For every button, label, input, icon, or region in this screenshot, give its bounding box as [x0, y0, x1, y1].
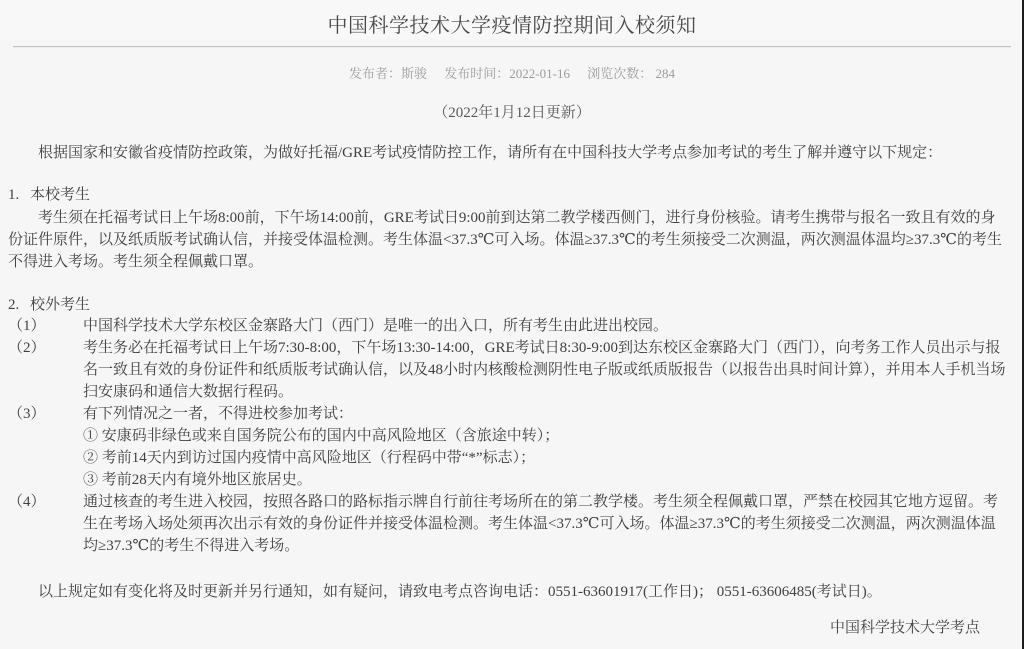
views-value: 284 [655, 66, 675, 81]
section-2-title: 校外考生 [30, 297, 90, 313]
section-1-title: 本校考生 [30, 187, 90, 203]
views-label: 浏览次数： [587, 66, 652, 81]
subitem: ③ 考前28天内有境外地区旅居史。 [83, 469, 1010, 491]
list-item: （4） 通过核查的考生进入校园，按照各路口的路标指示牌自行前往考场所在的第二教学… [8, 491, 1010, 557]
notice-page: 中国科学技术大学疫情防控期间入校须知 发布者：斯骏 发布时间：2022-01-1… [0, 0, 1024, 649]
publish-time-label: 发布时间： [444, 66, 509, 81]
signature: 中国科学技术大学考点 [0, 617, 1024, 639]
section-2-list: （1） 中国科学技术大学东校区金寨路大门（西门）是唯一的出入口，所有考生由此进出… [8, 315, 1010, 557]
update-note: （2022年1月12日更新） [0, 103, 1024, 124]
publisher-field: 发布者：斯骏 [349, 66, 427, 81]
list-item: （1） 中国科学技术大学东校区金寨路大门（西门）是唯一的出入口，所有考生由此进出… [8, 315, 1010, 337]
item-marker: （2） [8, 337, 83, 359]
item-text: 有下列情况之一者，不得进校参加考试： [83, 403, 1010, 425]
notice-header: 中国科学技术大学疫情防控期间入校须知 [0, 0, 1024, 39]
item-body: 有下列情况之一者，不得进校参加考试： ① 安康码非绿色或来自国务院公布的国内中高… [83, 403, 1010, 491]
list-item: （2） 考生务必在托福考试日上午场7:30-8:00，下午场13:30-14:0… [8, 337, 1010, 403]
meta-line: 发布者：斯骏 发布时间：2022-01-16 浏览次数： 284 [0, 65, 1024, 83]
item-text: 中国科学技术大学东校区金寨路大门（西门）是唯一的出入口，所有考生由此进出校园。 [83, 315, 1010, 337]
list-item: （3） 有下列情况之一者，不得进校参加考试： ① 安康码非绿色或来自国务院公布的… [8, 403, 1010, 491]
item-text: 考生务必在托福考试日上午场7:30-8:00，下午场13:30-14:00，GR… [83, 337, 1010, 403]
closing-paragraph: 以上规定如有变化将及时更新并另行通知，如有疑问，请致电考点咨询电话：0551-6… [8, 581, 1010, 603]
subitem: ① 安康码非绿色或来自国务院公布的国内中高风险地区（含旅途中转）； [83, 425, 1010, 447]
item-text: 通过核查的考生进入校园，按照各路口的路标指示牌自行前往考场所在的第二教学楼。考生… [83, 491, 1010, 557]
item-marker: （1） [8, 315, 83, 337]
section-1-number: 1. [8, 185, 30, 205]
publisher-label: 发布者： [349, 66, 401, 81]
section-2-number: 2. [8, 295, 30, 315]
item-marker: （4） [8, 491, 83, 513]
intro-paragraph: 根据国家和安徽省疫情防控政策，为做好托福/GRE考试疫情防控工作，请所有在中国科… [8, 142, 1010, 164]
publish-time-value: 2022-01-16 [509, 66, 570, 81]
item-marker: （3） [8, 403, 83, 425]
section-1-heading: 1.本校考生 [8, 185, 1010, 205]
subitem: ② 考前14天内到访过国内疫情中高风险地区（行程码中带“*”标志）； [83, 447, 1010, 469]
title-divider [13, 46, 1011, 48]
section-1-paragraph: 考生须在托福考试日上午场8:00前，下午场14:00前，GRE考试日9:00前到… [8, 207, 1010, 273]
section-2-heading: 2.校外考生 [8, 295, 1010, 315]
publish-time-field: 发布时间：2022-01-16 [444, 66, 570, 81]
page-title: 中国科学技术大学疫情防控期间入校须知 [0, 13, 1024, 39]
views-field: 浏览次数： 284 [587, 66, 675, 81]
publisher-value: 斯骏 [401, 66, 427, 81]
